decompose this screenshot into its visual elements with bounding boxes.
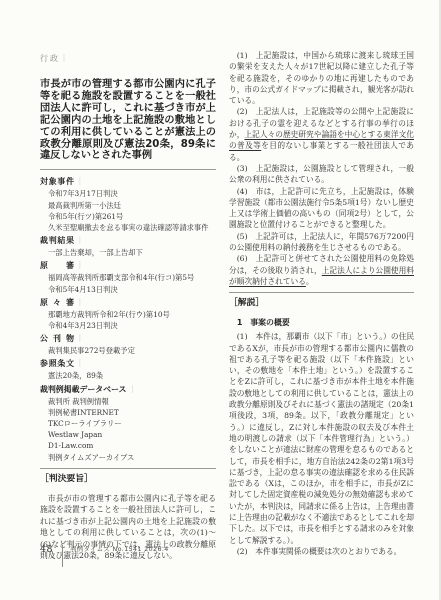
meta-value: 福岡高等裁判所那覇支部令和4年(行コ)第5号 [40, 272, 216, 283]
judgment-item-3: (3) 上記施設は，公園施設として管理され，一般公衆の利用に供されている。 [229, 163, 414, 186]
meta-value: 久米至聖廟撤去を怠る事実の違法確認等請求事件 [40, 222, 216, 233]
meta-value: 令和7年3月17日判決 [40, 188, 216, 199]
meta-value: 判例タイムズアーカイブス [40, 452, 216, 463]
section-divider [40, 169, 216, 170]
case-metadata: 対象事件｜ 令和7年3月17日判決 最高裁判所第一小法廷 令和5年(行ツ)第26… [40, 176, 216, 462]
meta-value: 一部上告棄却，一部上告却下 [40, 247, 216, 258]
meta-value: 最高裁判所第一小法廷 [40, 200, 216, 211]
judgment-item-2: (2) 上記法人は，上記施設等の公開や上記施設における孔子の霊を迎えるなどとする… [229, 106, 414, 162]
meta-value: 令和5年4月13日判決 [40, 284, 216, 295]
meta-value: 判例秘書INTERNET [40, 407, 216, 418]
meta-value: 裁判所 裁判例情報 [40, 396, 216, 407]
meta-row-statutes: 参照条文｜ 憲法20条，89条 [40, 358, 216, 381]
page-footer: 48 判例タイムズ No.1541 2026.4 [40, 544, 169, 567]
meta-label: 裁判例掲載データベース｜ [40, 384, 216, 396]
label-divider: ｜ [76, 177, 84, 186]
article-title: 市長が市の管理する都市公園内に孔子等を祀る施設を設置することを一般社団法人に許可… [40, 79, 216, 162]
commentary-section-title: 1 事案の概要 [229, 317, 414, 328]
meta-value: 裁判集民事272号登載予定 [40, 345, 216, 356]
page-number: 48 [40, 544, 53, 555]
meta-value: 令和4年3月23日判決 [40, 320, 216, 331]
meta-value: 憲法20条，89条 [40, 370, 216, 381]
meta-label: 対象事件｜ [40, 176, 216, 188]
journal-page: 行政｜ 市長が市の管理する都市公園内に孔子等を祀る施設を設置することを一般社団法… [0, 0, 441, 600]
commentary-heading: ［解説］ [229, 298, 414, 309]
label-divider: ｜ [76, 334, 84, 343]
meta-row-databases: 裁判例掲載データベース｜ 裁判所 裁判例情報 判例秘書INTERNET TKCロ… [40, 384, 216, 463]
meta-label: 裁判結果｜ [40, 235, 216, 247]
summary-heading: ［判決要旨］ [40, 474, 216, 485]
genre-label: 行政｜ [40, 54, 216, 63]
label-divider: ｜ [76, 236, 84, 245]
genre-label-text: 行政 [40, 54, 60, 63]
meta-label: 原々審｜ [40, 297, 216, 309]
judgment-item-1: (1) 上記施設は，中国から琉球に渡来し琉球王国の繁栄を支えた人々が17世紀以降… [229, 50, 414, 106]
meta-value: 令和5年(行ツ)第261号 [40, 211, 216, 222]
meta-row-publication: 公刊物｜ 裁判集民事272号登載予定 [40, 333, 216, 356]
meta-value: 那覇地方裁判所令和2年(行ウ)第10号 [40, 309, 216, 320]
meta-label: 原審｜ [40, 260, 216, 272]
journal-name: 判例タイムズ No.1541 2026.4 [70, 544, 169, 555]
meta-label: 参照条文｜ [40, 358, 216, 370]
judgment-item-6: (6) 上記許可と併せてされた公園使用料の免除処分は，その後取り消され，上記法人… [229, 253, 414, 287]
two-column-layout: 行政｜ 市長が市の管理する都市公園内に孔子等を祀る施設を設置することを一般社団法… [40, 50, 414, 562]
meta-row-target-case: 対象事件｜ 令和7年3月17日判決 最高裁判所第一小法廷 令和5年(行ツ)第26… [40, 176, 216, 233]
meta-row-result: 裁判結果｜ 一部上告棄却，一部上告却下 [40, 235, 216, 258]
commentary-paragraph-2: (2) 本件事実関係の概要は次のとおりである。 [229, 546, 414, 557]
judgment-item-5: (5) 上記許可は，上記法人に，年間576万7200円の公園使用料の納付義務を生… [229, 231, 414, 254]
commentary-paragraph-1: (1) 本件は，那覇市（以下「市」という。）の住民であるXが，市長が市の管理する… [229, 331, 414, 546]
section-divider [229, 292, 414, 293]
meta-label: 公刊物｜ [40, 333, 216, 345]
footer-divider [62, 545, 63, 567]
label-divider: ｜ [60, 54, 68, 63]
right-column: (1) 上記施設は，中国から琉球に渡来し琉球王国の繁栄を支えた人々が17世紀以降… [229, 50, 414, 562]
judgment-item-4: (4) 市は，上記許可に先立ち，上記施設は，体験学習施設（都市公園法施行令5条5… [229, 186, 414, 231]
meta-row-appeal-court: 原審｜ 福岡高等裁判所那覇支部令和4年(行コ)第5号 令和5年4月13日判決 [40, 260, 216, 294]
label-divider: ｜ [76, 298, 84, 307]
label-divider: ｜ [128, 385, 136, 394]
meta-value: Westlaw Japan [40, 429, 216, 440]
label-divider: ｜ [76, 261, 84, 270]
meta-value: TKCローライブラリー [40, 418, 216, 429]
label-divider: ｜ [76, 359, 84, 368]
meta-value: D1-Law.com [40, 440, 216, 451]
section-divider [40, 468, 216, 469]
meta-row-first-court: 原々審｜ 那覇地方裁判所令和2年(行ウ)第10号 令和4年3月23日判決 [40, 297, 216, 331]
left-column: 行政｜ 市長が市の管理する都市公園内に孔子等を祀る施設を設置することを一般社団法… [40, 50, 216, 562]
